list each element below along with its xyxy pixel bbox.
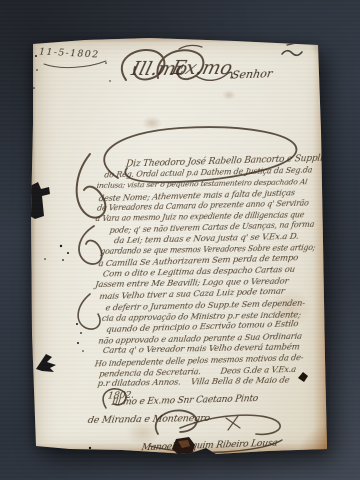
paper-edge-toning-left	[30, 36, 36, 456]
manuscript-sheet-wrap: 11-5-1802 Ill.mo Ex.mo Senhor Diz Theodo…	[30, 36, 330, 456]
manuscript-line: p.r dilatados Annos. Villa Bella 8 de Ma…	[97, 376, 290, 390]
salutation-senhor: Senhor	[231, 67, 274, 81]
paper-corner-toning-top-right	[296, 36, 330, 70]
salutation-header: Ill.mo Ex.mo Senhor	[120, 52, 300, 94]
signature-name: Manoel Joaquim Ribeiro Lousa	[141, 439, 279, 454]
closing-address-line-2: de Miranda e Montenegro	[87, 413, 211, 426]
paper-edge-toning-top	[30, 36, 330, 43]
foxing-stain	[142, 116, 162, 130]
salutation-exmo: Ex.mo	[169, 57, 235, 79]
paper-corner-toning-bottom-right	[284, 410, 330, 456]
photo-background: 11-5-1802 Ill.mo Ex.mo Senhor Diz Theodo…	[0, 0, 360, 480]
archival-date-note: 11-5-1802	[39, 46, 100, 60]
body-text: Diz Theodoro José Rabello Bancorto e Sup…	[86, 154, 334, 412]
manuscript-page: 11-5-1802 Ill.mo Ex.mo Senhor Diz Theodo…	[30, 36, 330, 456]
